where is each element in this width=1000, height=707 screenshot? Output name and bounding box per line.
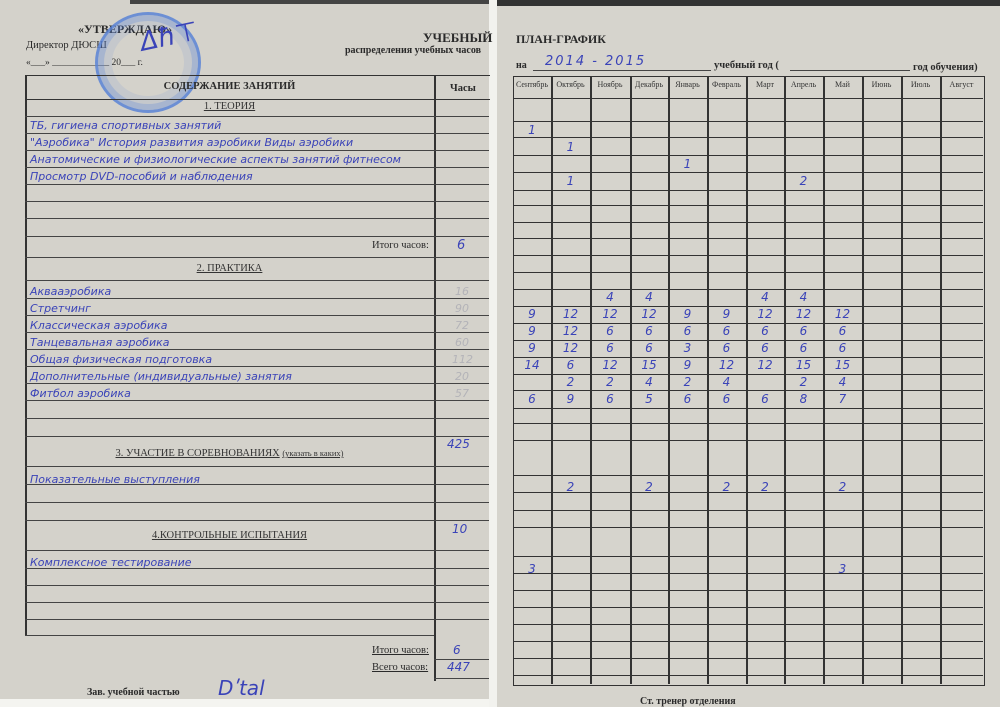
theory-total-value: 6 [457, 238, 465, 253]
plan-cell-value: 6 [590, 341, 630, 355]
grid-row-line [513, 641, 983, 642]
head-teacher-label: Зав. учебной частью [87, 687, 180, 698]
plan-cell-value: 7 [823, 392, 862, 406]
doc-title: УЧЕБНЫЙ [423, 30, 492, 46]
plan-cell-value: 4 [707, 375, 746, 389]
plan-cell-value: 6 [823, 324, 862, 338]
competitions-title-text: 3. УЧАСТИЕ В СОРЕВНОВАНИЯХ [116, 448, 280, 459]
theory-row: "Аэробика" История развития аэробики Вид… [30, 136, 353, 149]
plan-cell-value: 3 [823, 562, 862, 576]
grid-row-line [513, 658, 983, 659]
grid-row-line [513, 137, 983, 138]
plan-title: ПЛАН-ГРАФИК [516, 32, 606, 47]
plan-cell-value: 12 [746, 358, 784, 372]
grid-row-line [513, 556, 983, 557]
grid-row-line [513, 607, 983, 608]
grid-column-line [862, 76, 864, 684]
plan-cell-value: 12 [630, 307, 668, 321]
theory-row: ТБ, гигиена спортивных занятий [30, 119, 221, 132]
practice-hours: 57 [455, 387, 469, 400]
plan-cell-value: 12 [551, 307, 590, 321]
plan-cell-value: 2 [551, 375, 590, 389]
plan-cell-value: 1 [551, 174, 590, 188]
month-header: Ноябрь [590, 80, 630, 89]
section-tests-title: 4.КОНТРОЛЬНЫЕ ИСПЫТАНИЯ [25, 530, 434, 541]
month-header: Июнь [862, 80, 901, 89]
plan-cell-value: 2 [784, 174, 823, 188]
test-row: Комплексное тестирование [30, 556, 192, 569]
grid-row-line [513, 590, 983, 591]
plan-cell-value: 9 [551, 392, 590, 406]
practice-row: Танцевальная аэробика [30, 336, 170, 349]
grid-row-line [513, 272, 983, 273]
plan-cell-value: 6 [784, 324, 823, 338]
section-theory-title: 1. ТЕОРИЯ [25, 101, 434, 112]
plan-cell-value: 2 [551, 480, 590, 494]
plan-cell-value: 9 [513, 324, 551, 338]
month-header: Октябрь [551, 80, 590, 89]
grid-row-line [513, 255, 983, 256]
plan-cell-value: 12 [551, 324, 590, 338]
competitions-hours: 10 [452, 522, 467, 536]
grid-row-line [513, 205, 983, 206]
month-header: Январь [668, 80, 707, 89]
grid-row-line [513, 475, 983, 476]
plan-cell-value: 2 [590, 375, 630, 389]
month-header: Февраль [707, 80, 746, 89]
plan-cell-value: 12 [746, 307, 784, 321]
practice-hours: 16 [455, 285, 469, 298]
theory-row: Анатомические и физиологические аспекты … [30, 153, 401, 166]
month-header: Март [746, 80, 784, 89]
grid-row-line [513, 222, 983, 223]
section-competitions-title: 3. УЧАСТИЕ В СОРЕВНОВАНИЯХ (указать в ка… [25, 448, 434, 459]
grid-row-line [513, 408, 983, 409]
plan-cell-value: 6 [746, 324, 784, 338]
plan-cell-value: 6 [590, 324, 630, 338]
plan-cell-value: 1 [668, 157, 707, 171]
plan-cell-value: 5 [630, 392, 668, 406]
grid-row-line [513, 510, 983, 511]
plan-cell-value: 2 [668, 375, 707, 389]
plan-cell-value: 9 [668, 358, 707, 372]
competitions-title-note: (указать в каких) [282, 448, 343, 458]
theory-total-label: Итого часов: [372, 240, 429, 251]
tests-total-value: 6 [453, 643, 461, 657]
page-gutter [489, 0, 497, 707]
plan-cell-value: 15 [823, 358, 862, 372]
grid-row-line [513, 573, 983, 574]
practice-row: Дополнительные (индивидуальные) занятия [30, 370, 292, 383]
doc-subtitle: распределения учебных часов [345, 45, 481, 56]
plan-cell-value: 2 [630, 480, 668, 494]
plan-cell-value: 6 [630, 341, 668, 355]
plan-cell-value: 6 [513, 392, 551, 406]
scan-edge [497, 0, 1000, 6]
plan-cell-value: 8 [784, 392, 823, 406]
practice-hours: 112 [452, 353, 473, 366]
month-header: Декабрь [630, 80, 668, 89]
grid-row-line [513, 155, 983, 156]
section-practice-title: 2. ПРАКТИКА [25, 263, 434, 274]
header-hours: Часы [450, 83, 476, 94]
plan-cell-value: 6 [551, 358, 590, 372]
plan-cell-value: 12 [590, 307, 630, 321]
plan-cell-value: 6 [630, 324, 668, 338]
plan-cell-value: 4 [630, 290, 668, 304]
plan-cell-value: 6 [590, 392, 630, 406]
grid-row-line [513, 527, 983, 528]
plan-cell-value: 4 [590, 290, 630, 304]
grand-total-value: 447 [447, 660, 470, 674]
school-year-value: 2014 - 2015 [545, 54, 646, 69]
study-year-suffix: год обучения) [913, 62, 978, 73]
approval-position: Директор ДЮСШ [26, 40, 107, 51]
practice-row: Стретчинг [30, 302, 91, 315]
month-header: Май [823, 80, 862, 89]
left-table-border [25, 75, 27, 635]
plan-cell-value: 6 [823, 341, 862, 355]
grand-total-label: Всего часов: [372, 662, 428, 673]
plan-cell-value: 12 [823, 307, 862, 321]
grid-row-line [513, 121, 983, 122]
head-teacher-signature: Dʹtal [218, 676, 265, 700]
month-header: Апрель [784, 80, 823, 89]
plan-cell-value: 9 [513, 341, 551, 355]
plan-cell-value: 15 [784, 358, 823, 372]
plan-cell-value: 9 [668, 307, 707, 321]
plan-cell-value: 15 [630, 358, 668, 372]
scan-edge-left [130, 0, 489, 4]
plan-cell-value: 9 [513, 307, 551, 321]
grid-row-line [513, 440, 983, 441]
year-prefix: на [516, 60, 527, 71]
plan-cell-value: 12 [707, 358, 746, 372]
practice-hours: 90 [455, 302, 469, 315]
grid-row-line [513, 190, 983, 191]
theory-row: Просмотр DVD-пособий и наблюдения [30, 170, 253, 183]
year-suffix: учебный год ( [714, 60, 779, 71]
grid-row-line [513, 238, 983, 239]
plan-cell-value: 4 [630, 375, 668, 389]
plan-cell-value: 6 [668, 392, 707, 406]
tests-total-label: Итого часов: [372, 645, 429, 656]
plan-cell-value: 6 [784, 341, 823, 355]
hours-column-divider [434, 75, 436, 681]
plan-cell-value: 3 [668, 341, 707, 355]
plan-cell-value: 12 [590, 358, 630, 372]
practice-row: Классическая аэробика [30, 319, 167, 332]
competition-row: Показательные выступления [30, 473, 200, 486]
plan-cell-value: 1 [551, 140, 590, 154]
plan-cell-value: 3 [513, 562, 551, 576]
plan-cell-value: 6 [746, 341, 784, 355]
plan-cell-value: 4 [784, 290, 823, 304]
practice-total-value: 425 [447, 437, 470, 451]
grid-row-line [513, 675, 983, 676]
practice-row: Фитбол аэробика [30, 387, 131, 400]
grid-column-line [901, 76, 903, 684]
practice-hours: 60 [455, 336, 469, 349]
plan-cell-value: 6 [746, 392, 784, 406]
plan-cell-value: 12 [551, 341, 590, 355]
plan-cell-value: 6 [707, 324, 746, 338]
practice-hours: 20 [455, 370, 469, 383]
plan-cell-value: 2 [784, 375, 823, 389]
plan-cell-value: 12 [784, 307, 823, 321]
grid-row-line [513, 98, 983, 99]
plan-cell-value: 9 [707, 307, 746, 321]
practice-row: Общая физическая подготовка [30, 353, 212, 366]
plan-cell-value: 2 [707, 480, 746, 494]
practice-row: Аквааэробика [30, 285, 111, 298]
plan-cell-value: 4 [823, 375, 862, 389]
practice-hours: 72 [455, 319, 469, 332]
senior-coach-label: Ст. тренер отделения [640, 696, 736, 707]
plan-cell-value: 6 [707, 341, 746, 355]
grid-row-line [513, 624, 983, 625]
plan-cell-value: 14 [513, 358, 551, 372]
plan-cell-value: 4 [746, 290, 784, 304]
month-header: Август [940, 80, 983, 89]
grid-column-line [746, 76, 748, 684]
grid-row-line [513, 423, 983, 424]
plan-cell-value: 2 [823, 480, 862, 494]
plan-cell-value: 2 [746, 480, 784, 494]
plan-cell-value: 6 [668, 324, 707, 338]
month-header: Июль [901, 80, 940, 89]
plan-cell-value: 6 [707, 392, 746, 406]
grid-column-line [940, 76, 942, 684]
month-header: Сентябрь [513, 80, 551, 89]
header-content: СОДЕРЖАНИЕ ЗАНЯТИЙ [25, 81, 434, 92]
plan-cell-value: 1 [513, 123, 551, 137]
